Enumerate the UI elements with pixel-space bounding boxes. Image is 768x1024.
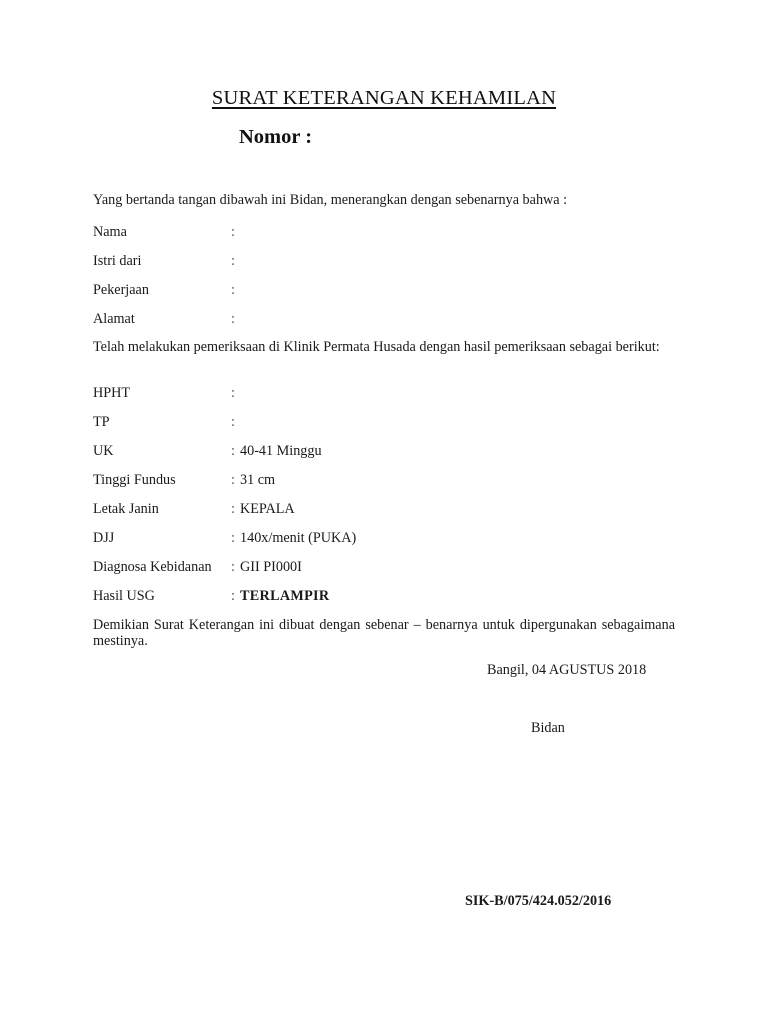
field-separator: :	[231, 414, 235, 430]
field-label: Letak Janin	[93, 501, 159, 517]
document-number-label: Nomor :	[239, 126, 312, 149]
field-separator: :	[231, 559, 235, 575]
closing-paragraph: Demikian Surat Keterangan ini dibuat den…	[93, 617, 675, 649]
document-title: SURAT KETERANGAN KEHAMILAN	[0, 87, 768, 110]
field-separator: :	[231, 224, 235, 240]
field-label: Nama	[93, 224, 127, 240]
field-value: 140x/menit (PUKA)	[240, 530, 356, 546]
document-page: SURAT KETERANGAN KEHAMILAN Nomor : Yang …	[0, 0, 768, 1024]
field-label: TP	[93, 414, 110, 430]
field-separator: :	[231, 443, 235, 459]
field-label: Alamat	[93, 311, 135, 327]
field-label: HPHT	[93, 385, 130, 401]
field-separator: :	[231, 588, 235, 604]
field-value: GII PI000I	[240, 559, 302, 575]
field-separator: :	[231, 472, 235, 488]
field-value: 31 cm	[240, 472, 275, 488]
field-label: Tinggi Fundus	[93, 472, 176, 488]
field-label: Diagnosa Kebidanan	[93, 559, 212, 575]
field-separator: :	[231, 282, 235, 298]
field-separator: :	[231, 311, 235, 327]
place-date: Bangil, 04 AGUSTUS 2018	[487, 662, 646, 678]
field-separator: :	[231, 253, 235, 269]
intro-paragraph: Yang bertanda tangan dibawah ini Bidan, …	[93, 192, 675, 208]
field-label: UK	[93, 443, 114, 459]
signatory-title: Bidan	[531, 720, 565, 736]
field-label: DJJ	[93, 530, 114, 546]
field-separator: :	[231, 530, 235, 546]
field-separator: :	[231, 385, 235, 401]
exam-intro-paragraph: Telah melakukan pemeriksaan di Klinik Pe…	[93, 339, 675, 355]
field-label: Hasil USG	[93, 588, 155, 604]
field-value: TERLAMPIR	[240, 588, 329, 604]
license-number: SIK-B/075/424.052/2016	[465, 893, 611, 910]
field-value: 40-41 Minggu	[240, 443, 322, 459]
field-value: KEPALA	[240, 501, 295, 517]
field-separator: :	[231, 501, 235, 517]
field-label: Pekerjaan	[93, 282, 149, 298]
field-label: Istri dari	[93, 253, 141, 269]
